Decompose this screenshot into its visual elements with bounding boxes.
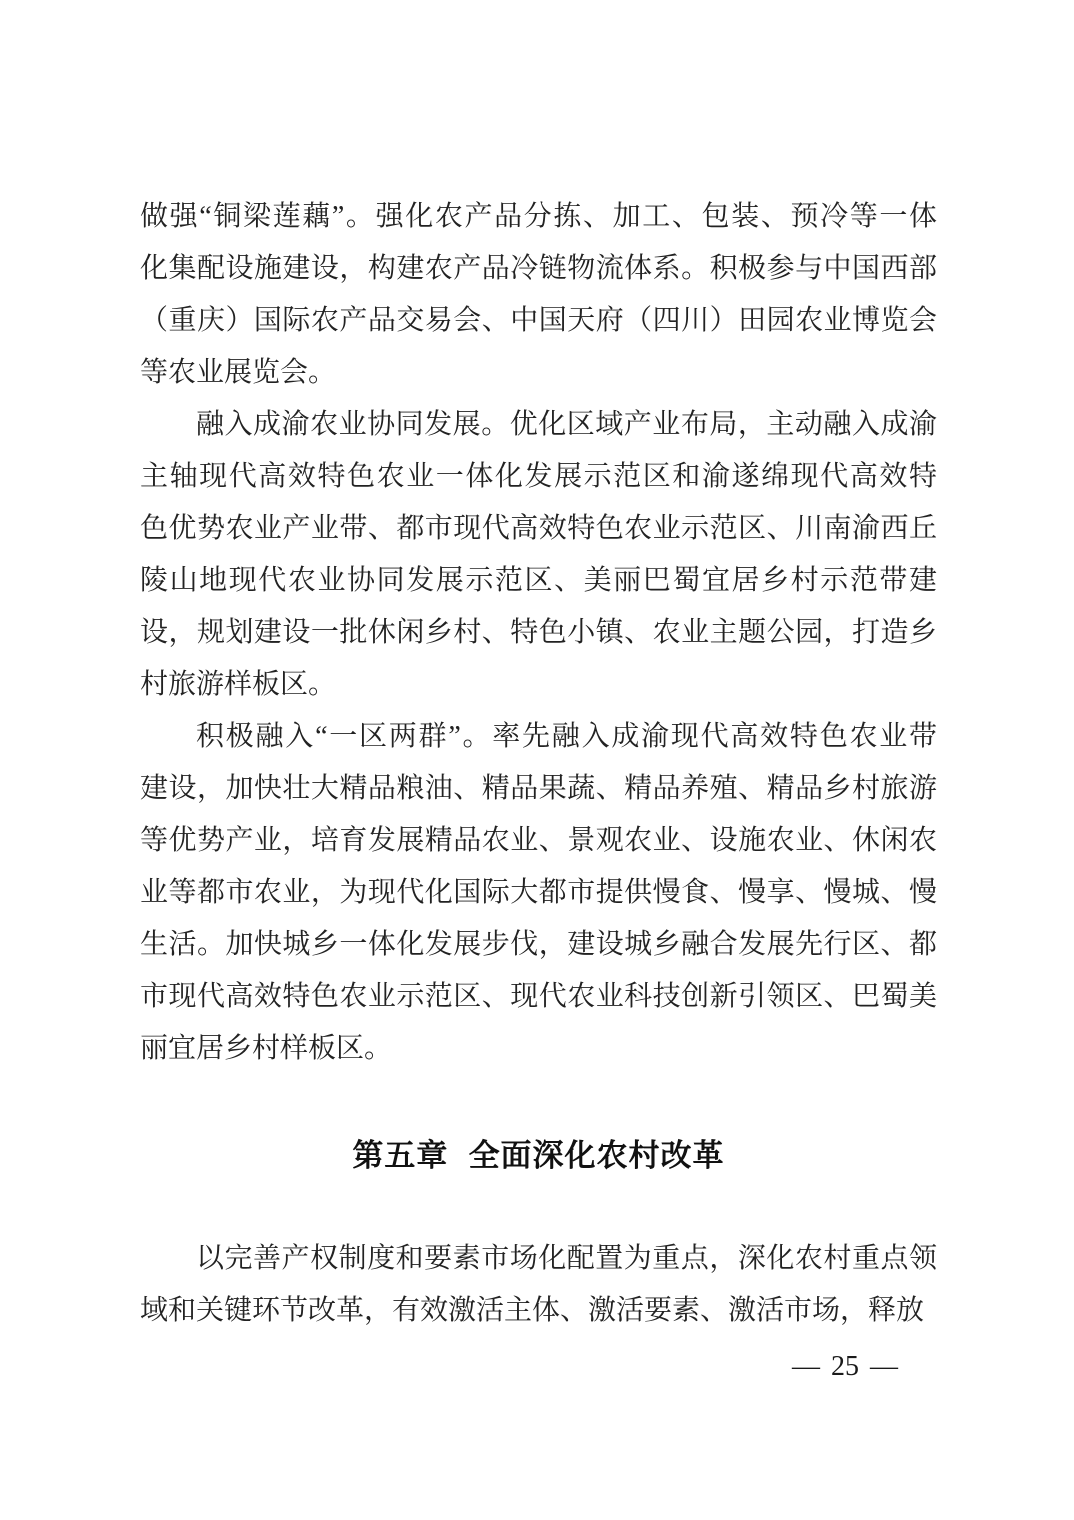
text-line: 等农业展览会。 [140,347,937,399]
chapter-heading: 第五章全面深化农村改革 [140,1130,937,1182]
document-page: 做强“铜梁莲藕”。强化农产品分拣、加工、包装、预冷等一体化集配设施建设，构建农产… [0,0,1074,1520]
page-number-dash-left: — [792,1351,820,1382]
text-line: （重庆）国际农产品交易会、中国天府（四川）田园农业博览会 [140,295,937,347]
text-line: 等优势产业，培育发展精品农业、景观农业、设施农业、休闲农 [140,815,937,867]
text-line: 生活。加快城乡一体化发展步伐，建设城乡融合发展先行区、都 [140,919,937,971]
text-line: 化集配设施建设，构建农产品冷链物流体系。积极参与中国西部 [140,243,937,295]
text-line: 做强“铜梁莲藕”。强化农产品分拣、加工、包装、预冷等一体 [140,191,937,243]
text-line: 丽宜居乡村样板区。 [140,1023,937,1075]
paragraph-agri-products-continuation: 做强“铜梁莲藕”。强化农产品分拣、加工、包装、预冷等一体化集配设施建设，构建农产… [140,191,937,399]
text-line: 陵山地现代农业协同发展示范区、美丽巴蜀宜居乡村示范带建 [140,555,937,607]
paragraph-one-district-two-clusters: 积极融入“一区两群”。率先融入成渝现代高效特色农业带建设，加快壮大精品粮油、精品… [140,711,937,1075]
text-line: 色优势农业产业带、都市现代高效特色农业示范区、川南渝西丘 [140,503,937,555]
text-block: 做强“铜梁莲藕”。强化农产品分拣、加工、包装、预冷等一体化集配设施建设，构建农产… [140,191,937,1337]
text-line: 域和关键环节改革，有效激活主体、激活要素、激活市场，释放 [140,1285,937,1337]
paragraph-rural-reform-intro: 以完善产权制度和要素市场化配置为重点，深化农村重点领域和关键环节改革，有效激活主… [140,1233,937,1337]
text-line: 融入成渝农业协同发展。优化区域产业布局，主动融入成渝 [140,399,937,451]
text-line: 村旅游样板区。 [140,659,937,711]
text-line: 以完善产权制度和要素市场化配置为重点，深化农村重点领 [140,1233,937,1285]
text-line: 积极融入“一区两群”。率先融入成渝现代高效特色农业带 [140,711,937,763]
page-number-value: 25 [831,1351,859,1382]
page-number-dash-right: — [870,1351,898,1382]
chapter-number: 第五章 [352,1138,448,1173]
page-number: —25— [792,1350,898,1384]
text-line: 主轴现代高效特色农业一体化发展示范区和渝遂绵现代高效特 [140,451,937,503]
text-line: 市现代高效特色农业示范区、现代农业科技创新引领区、巴蜀美 [140,971,937,1023]
paragraph-chengyu-agri-coordination: 融入成渝农业协同发展。优化区域产业布局，主动融入成渝主轴现代高效特色农业一体化发… [140,399,937,711]
text-line: 建设，加快壮大精品粮油、精品果蔬、精品养殖、精品乡村旅游 [140,763,937,815]
text-line: 业等都市农业，为现代化国际大都市提供慢食、慢享、慢城、慢 [140,867,937,919]
chapter-title: 全面深化农村改革 [469,1138,725,1173]
text-line: 设，规划建设一批休闲乡村、特色小镇、农业主题公园，打造乡 [140,607,937,659]
